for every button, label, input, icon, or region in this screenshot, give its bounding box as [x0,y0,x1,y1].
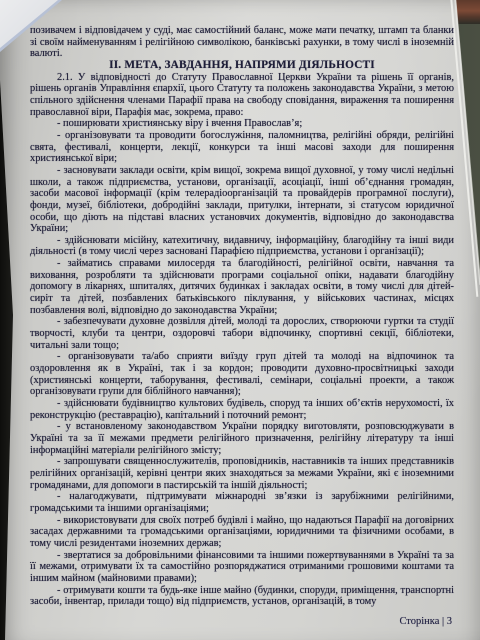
bullet-item: - займатись справами милосердя та благод… [30,258,454,316]
bullet-item: - забезпечувати духовне дозвілля дітей, … [30,316,454,351]
page-number: Сторінка | 3 [399,616,452,627]
section-heading: ІІ. МЕТА, ЗАВДАННЯ, НАПРЯМИ ДІЯЛЬНОСТІ [30,60,454,72]
bullet-item: - отримувати кошти та будь-яке інше майн… [30,585,454,608]
document-text: позивачем і відповідачем у суді, має сам… [30,25,454,608]
bullet-item: - організовувати та проводити богослужін… [30,130,454,165]
bullet-item: - здійснювати місійну, катехитичну, вида… [30,235,454,258]
bullet-item: - засновувати заклади освіти, крім вищої… [30,165,454,235]
bullet-item: - поширювати християнську віру і вчення … [30,118,454,130]
bullet-item: - налагоджувати, підтримувати міжнародні… [30,491,454,514]
bullet-item: - у встановленому законодавством України… [30,421,454,456]
document-photo: позивачем і відповідачем у суді, має сам… [0,0,480,640]
bullet-item: - організовувати та/або сприяти виїзду г… [30,351,454,398]
bullet-item: - використовувати для своїх потреб будів… [30,515,454,550]
bullet-item: - здійснювати будівництво культових буді… [30,398,454,421]
clause-2-1: 2.1. У відповідності до Статуту Правосла… [30,72,454,119]
intro-paragraph: позивачем і відповідачем у суді, має сам… [30,25,454,60]
bullet-item: - запрошувати священнослужителів, пропов… [30,456,454,491]
bullet-item: - звертатися за добровільними фінансовим… [30,550,454,585]
